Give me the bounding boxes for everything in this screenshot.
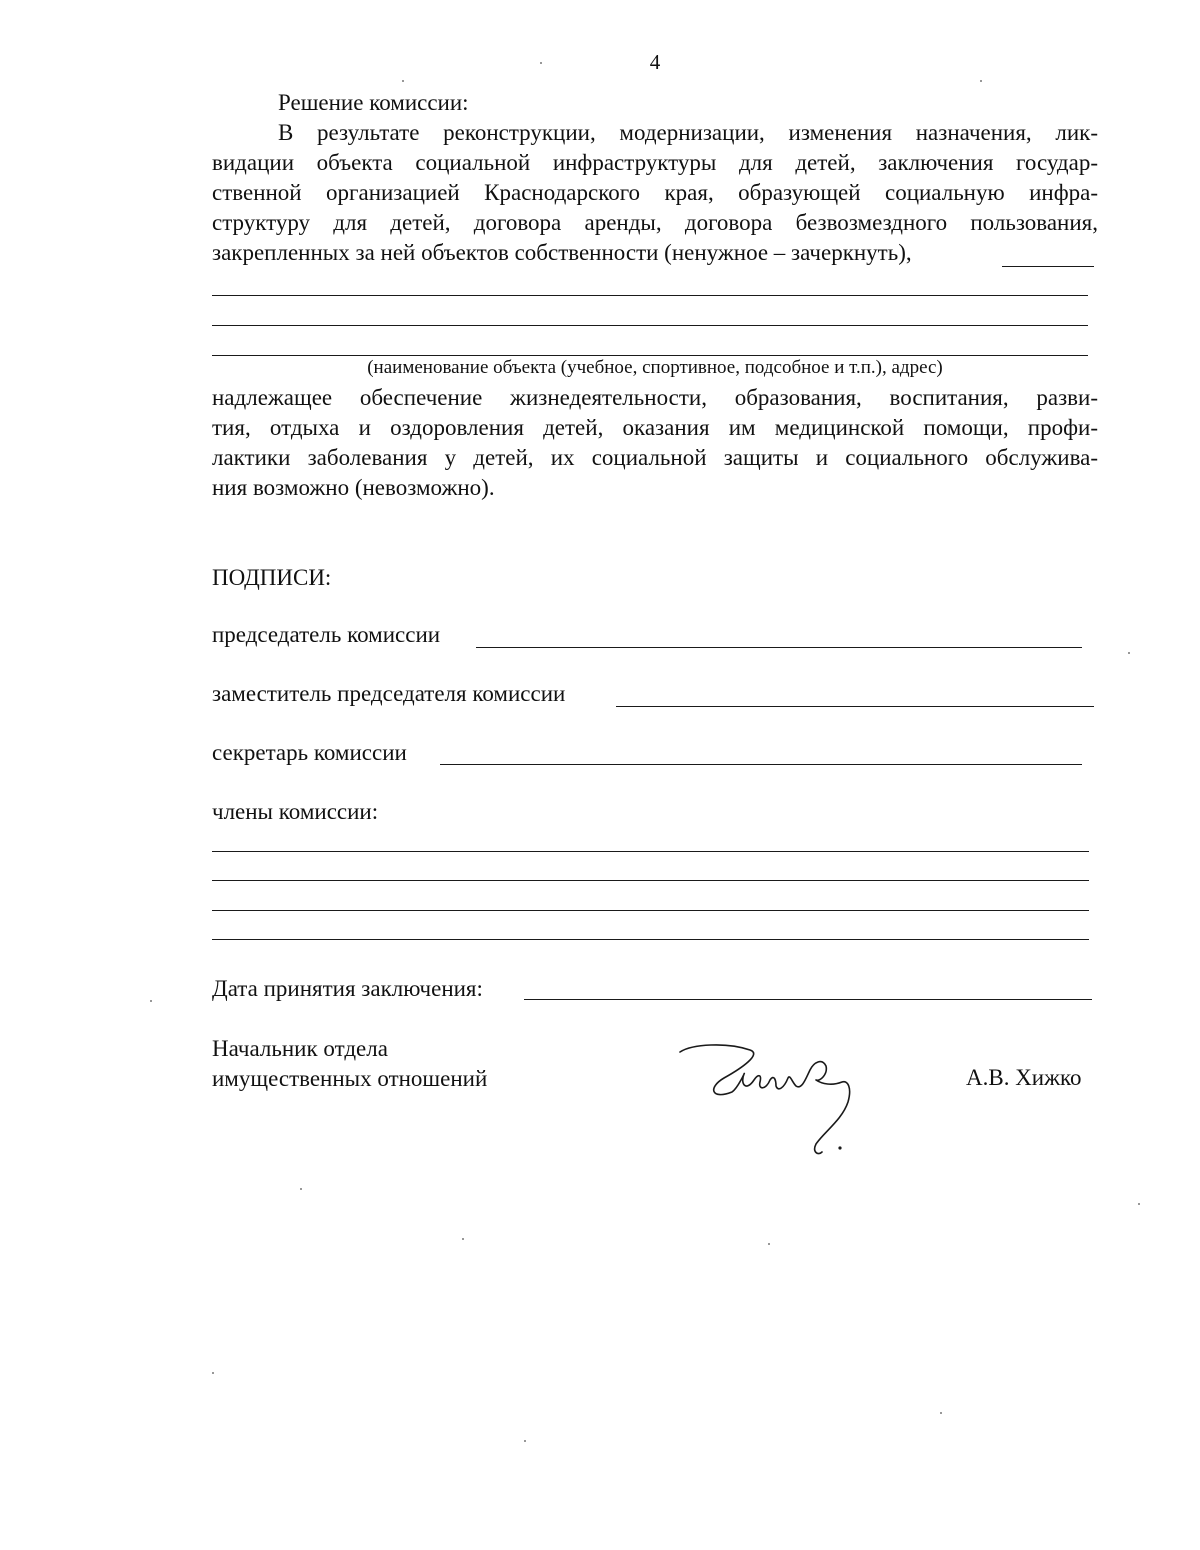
paragraph-line: структуру для детей, договора аренды, до… — [212, 208, 1098, 238]
deputy-label: заместитель председателя комиссии — [212, 679, 565, 709]
chairman-label: председатель комиссии — [212, 620, 440, 650]
decision-paragraph: В результате реконструкции, модернизации… — [212, 118, 1098, 268]
page-number: 4 — [0, 50, 1200, 75]
member-line-2[interactable] — [212, 880, 1089, 881]
object-blank-inline[interactable] — [1002, 266, 1094, 267]
object-caption: (наименование объекта (учебное, спортивн… — [212, 357, 1098, 379]
paragraph-line: ственной организацией Краснодарского кра… — [212, 178, 1098, 208]
secretary-signature-line[interactable] — [440, 764, 1082, 765]
member-line-3[interactable] — [212, 910, 1089, 911]
conclusion-line: лактики заболевания у детей, их социальн… — [212, 443, 1098, 473]
scan-speck — [402, 80, 404, 82]
conclusion-line: тия, отдыха и оздоровления детей, оказан… — [212, 413, 1098, 443]
handwritten-signature-icon — [672, 1030, 932, 1160]
paragraph-line: В результате реконструкции, модернизации… — [212, 118, 1098, 148]
date-line[interactable] — [524, 999, 1092, 1000]
date-label: Дата принятия заключения: — [212, 974, 483, 1004]
scan-speck — [150, 1000, 152, 1002]
signatory-position-line-2: имущественных отношений — [212, 1064, 487, 1094]
paragraph-line: закрепленных за ней объектов собственнос… — [212, 238, 1098, 268]
member-line-1[interactable] — [212, 851, 1089, 852]
signatory-position-line-1: Начальник отдела — [212, 1034, 487, 1064]
members-label: члены комиссии: — [212, 797, 378, 827]
object-blank-line-1[interactable] — [212, 295, 1088, 296]
member-line-4[interactable] — [212, 939, 1089, 940]
decision-heading: Решение комиссии: — [278, 88, 469, 118]
scan-speck — [462, 1238, 464, 1240]
scan-speck — [768, 1243, 770, 1245]
scan-speck — [524, 1440, 526, 1442]
deputy-signature-line[interactable] — [616, 706, 1094, 707]
object-blank-line-3[interactable] — [212, 355, 1088, 356]
object-blank-line-2[interactable] — [212, 325, 1088, 326]
scan-speck — [1128, 652, 1130, 654]
signatory-name: А.В. Хижко — [966, 1063, 1082, 1093]
scan-speck — [980, 80, 982, 82]
chairman-signature-line[interactable] — [476, 647, 1082, 648]
conclusion-line: надлежащее обеспечение жизнедеятельности… — [212, 383, 1098, 413]
secretary-label: секретарь комиссии — [212, 738, 407, 768]
scan-speck — [300, 1188, 302, 1190]
signatory-position: Начальник отдела имущественных отношений — [212, 1034, 487, 1094]
scan-speck — [540, 62, 542, 64]
scan-speck — [940, 1412, 942, 1414]
conclusion-line: ния возможно (невозможно). — [212, 473, 1098, 503]
scan-speck — [1138, 1203, 1140, 1205]
scan-speck — [212, 1372, 214, 1374]
conclusion-paragraph: надлежащее обеспечение жизнедеятельности… — [212, 383, 1098, 503]
signatures-heading: ПОДПИСИ: — [212, 563, 331, 593]
paragraph-line: видации объекта социальной инфраструктур… — [212, 148, 1098, 178]
